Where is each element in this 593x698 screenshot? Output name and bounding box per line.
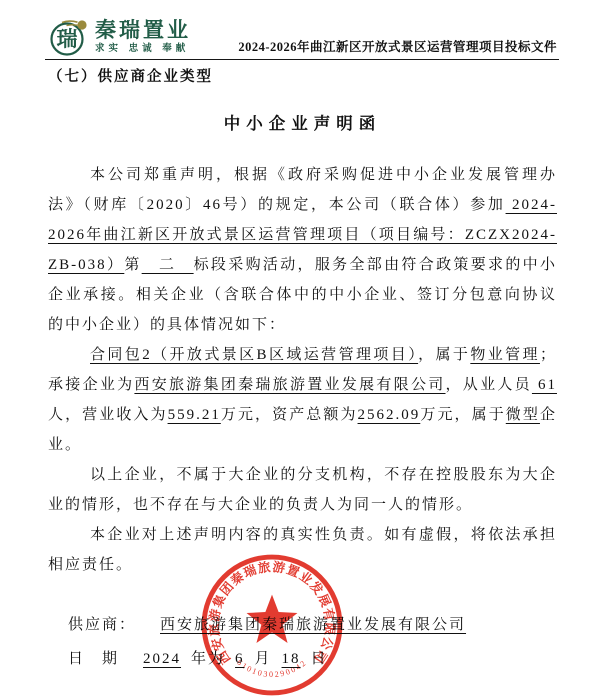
paragraph-text: 万元，资产总额为 [221,407,358,423]
date-line: 日 期2024年为6月18日 [68,642,480,676]
logo-rui-icon: 瑞 [48,16,90,58]
filled-blank: 559.21 [168,407,221,423]
paragraph-text: 人，营业收入为 [48,407,168,423]
section-heading: （七）供应商企业类型 [48,65,557,86]
svg-text:瑞: 瑞 [57,27,78,51]
paragraph: 本公司郑重声明，根据《政府采购促进中小企业发展管理办法》（财库〔2020〕46号… [48,160,557,340]
filled-blank: 西安旅游集团秦瑞旅游置业发展有限公司 [134,377,445,393]
filled-blank: 2562.09 [358,407,421,423]
paragraph-text: 第 [124,257,141,273]
paragraph-text: 万元，属于 [420,407,505,423]
document-page: 瑞 秦瑞置业 求实 忠诚 奉献 2024-2026年曲江新区开放式景区运营管理项… [0,0,593,698]
filled-blank: 二 [142,257,194,273]
signature-block: 供应商：西安旅游集团秦瑞旅游置业发展有限公司 日 期2024年为6月18日 [68,608,480,676]
logo-company-name: 秦瑞置业 [95,20,191,41]
date-label: 日 期 [68,651,119,667]
body-paragraphs: 本公司郑重声明，根据《政府采购促进中小企业发展管理办法》（财库〔2020〕46号… [48,160,557,580]
document-reference: 2024-2026年曲江新区开放式景区运营管理项目投标文件 [238,37,557,58]
date-year: 2024 [133,651,191,667]
paragraph-text: 本企业对上述声明内容的真实性负责。如有虚假，将依法承担相应责任。 [48,527,557,573]
filled-blank: 微型 [506,407,540,423]
date-day: 18 [272,651,311,667]
paragraph: 本企业对上述声明内容的真实性负责。如有虚假，将依法承担相应责任。 [48,520,557,580]
header-rule [45,59,559,60]
comet-icon [77,20,86,29]
paragraph-text: 本公司郑重声明，根据《政府采购促进中小企业发展管理办法》（财库〔2020〕46号… [48,167,557,213]
supplier-label: 供应商： [68,617,136,633]
paragraph-text: ，属于 [418,347,470,363]
paragraph-text: ，从业人员 [446,377,532,393]
paragraph-text: 以上企业，不属于大企业的分支机构，不存在控股股东为大企业的情形，也不存在与大企业… [48,467,557,513]
logo-slogan: 求实 忠诚 奉献 [95,44,191,54]
supplier-value: 西安旅游集团秦瑞旅游置业发展有限公司 [150,617,480,633]
date-infix2: 月 [255,651,272,667]
company-logo: 瑞 秦瑞置业 求实 忠诚 奉献 [48,16,191,58]
page-header: 瑞 秦瑞置业 求实 忠诚 奉献 2024-2026年曲江新区开放式景区运营管理项… [48,16,557,58]
page-title: 中小企业声明函 [48,110,557,134]
paragraph: 以上企业，不属于大企业的分支机构，不存在控股股东为大企业的情形，也不存在与大企业… [48,460,557,520]
filled-blank: 61 [532,377,557,393]
filled-blank: 物业管理 [470,347,540,363]
date-month: 6 [225,651,255,667]
supplier-line: 供应商：西安旅游集团秦瑞旅游置业发展有限公司 [68,608,480,642]
filled-blank: 合同包2（开放式景区B区域运营管理项目） [90,347,418,363]
date-suffix: 日 [311,651,328,667]
paragraph: 合同包2（开放式景区B区域运营管理项目），属于物业管理；承接企业为西安旅游集团秦… [48,340,557,460]
date-infix1: 年为 [191,651,225,667]
